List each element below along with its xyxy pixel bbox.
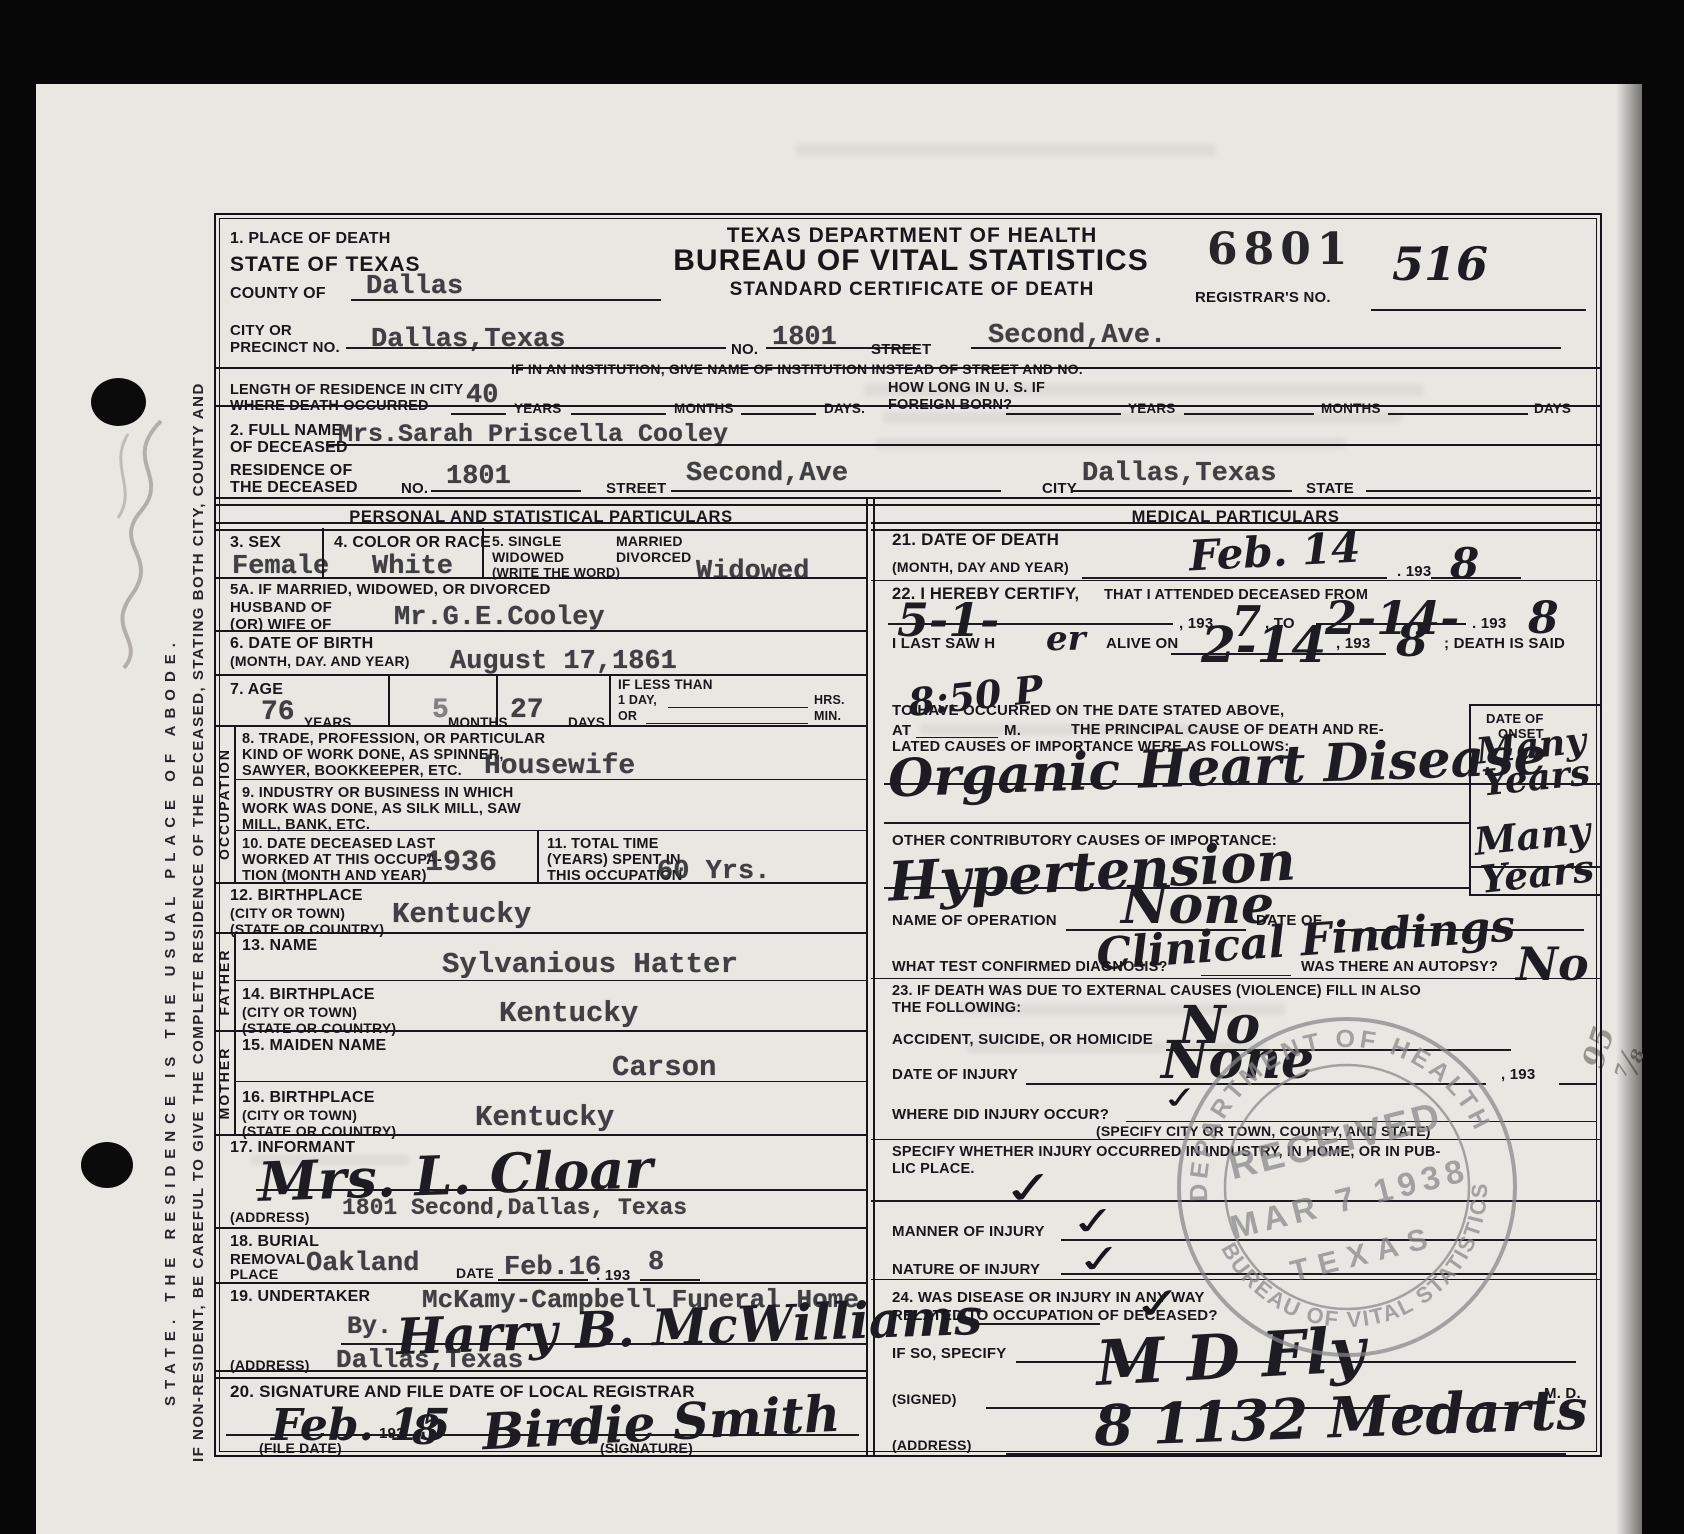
dob-label: 6. DATE OF BIRTH [230, 635, 373, 653]
maiden-name-value: Carson [612, 1051, 716, 1084]
physician-address-label: (ADDRESS) [892, 1437, 972, 1453]
external-causes-label2: THE FOLLOWING: [892, 1000, 1021, 1016]
rule [1072, 490, 1292, 492]
rule [971, 347, 1561, 349]
rule [388, 674, 390, 725]
rule [498, 1279, 588, 1281]
res-city-value: Dallas,Texas [1082, 459, 1276, 489]
county-label: COUNTY OF [230, 285, 326, 303]
rule [234, 932, 236, 1030]
sex-label: 3. SEX [230, 534, 281, 552]
certificate-form: 1. PLACE OF DEATH STATE OF TEXAS TEXAS D… [214, 213, 1602, 1457]
occupation-group-label: OCCUPATION [216, 724, 232, 884]
age-days-label: DAYS [568, 715, 605, 730]
rule [646, 723, 808, 724]
spouse-value: Mr.G.E.Cooley [394, 603, 605, 633]
rule [640, 1279, 700, 1281]
res-state-label: STATE [1306, 480, 1354, 497]
m-label: M. [1004, 722, 1021, 739]
file-date-caption: (FILE DATE) [259, 1440, 342, 1456]
specify-whether-label2: LIC PLACE. [892, 1161, 975, 1177]
rule [1559, 1083, 1597, 1085]
rule [351, 299, 661, 301]
file-year-value: 8 [412, 1407, 440, 1454]
father-bp-town-label: (CITY OR TOWN) [242, 1004, 357, 1020]
check-icon: ✓ [1072, 1235, 1128, 1283]
residence-label2: THE DECEASED [230, 479, 358, 497]
rule [1171, 653, 1386, 655]
birthplace-label: 12. BIRTHPLACE [230, 887, 363, 905]
us-months-label: MONTHS [1321, 401, 1381, 416]
margin-instruction: IF NON-RESIDENT, BE CAREFUL TO GIVE THE … [190, 382, 207, 1462]
field1-label: 1. PLACE OF DEATH [230, 230, 390, 248]
father-name-label: 13. NAME [242, 937, 317, 955]
stamp-state: TEXAS [1287, 1220, 1441, 1288]
burial-date-label: DATE [456, 1265, 494, 1281]
rule [609, 674, 611, 725]
no-label: NO. [731, 341, 758, 358]
rule [216, 725, 866, 727]
rule [216, 882, 866, 884]
rule [537, 830, 539, 882]
burial-place-value: Oakland [306, 1249, 419, 1279]
death-date-label: 21. DATE OF DEATH [892, 530, 1059, 550]
informant-address-label: (ADDRESS) [230, 1209, 310, 1225]
birthplace-town-label: (CITY OR TOWN) [230, 905, 345, 921]
oneday-label: 1 DAY, [618, 693, 657, 707]
father-name-value: Sylvanious Hatter [442, 948, 738, 981]
rule [1371, 309, 1586, 311]
rule [216, 522, 866, 531]
lastsaw-year-label: , 193 [1336, 635, 1370, 652]
injury-date-label: DATE OF INJURY [892, 1066, 1018, 1083]
rule [216, 367, 1600, 369]
rule [571, 413, 666, 415]
rule [216, 577, 866, 579]
res-no-value: 1801 [446, 462, 511, 492]
birthplace-country-label: (STATE OR COUNTRY) [230, 921, 384, 937]
lastworked-label2: WORKED AT THIS OCCUPA- [242, 852, 442, 868]
rule [1469, 866, 1600, 868]
us-days-label: DAYS [1534, 401, 1571, 416]
rule [1469, 783, 1600, 785]
rule [1082, 577, 1387, 579]
marital-widowed-label: WIDOWED [492, 549, 564, 565]
where-injury-label: WHERE DID INJURY OCCUR? [892, 1106, 1109, 1123]
birthplace-value: Kentucky [392, 898, 531, 931]
rule [888, 623, 1173, 625]
bleed-through [796, 144, 1216, 156]
lastsaw-label3: ; DEATH IS SAID [1444, 635, 1565, 652]
death-date-value: Feb. 14 [1188, 523, 1362, 581]
rule [1431, 577, 1521, 579]
rule [1388, 413, 1528, 415]
lastsaw-label1: I LAST SAW H [892, 635, 995, 652]
age-years-value: 76 [261, 697, 295, 728]
rule [236, 1081, 866, 1082]
check-icon: ✓ [997, 1161, 1062, 1217]
rule [671, 490, 1001, 492]
signature-caption: (SIGNATURE) [600, 1440, 693, 1456]
trade-label2: KIND OF WORK DONE, AS SPINNER, [242, 747, 504, 763]
rule [216, 932, 866, 934]
or-label: OR [618, 709, 637, 723]
totaltime-label1: 11. TOTAL TIME [547, 836, 659, 852]
rule [496, 674, 498, 725]
related-occupation-label2: RELATED TO OCCUPATION OF DECEASED? [892, 1307, 1218, 1324]
rule [216, 1370, 866, 1379]
rule [216, 497, 1600, 506]
test-label: WHAT TEST CONFIRMED DIAGNOSIS? [892, 959, 1168, 975]
rule [326, 444, 1600, 446]
undertaker-label: 19. UNDERTAKER [230, 1288, 370, 1306]
precinct-label: PRECINCT NO. [230, 339, 340, 356]
lastsaw-her: er [1046, 619, 1086, 659]
years-label: YEARS [514, 401, 562, 416]
margin-instruction: STATE. THE RESIDENCE IS THE USUAL PLACE … [162, 636, 179, 1406]
res-street-value: Second,Ave [686, 459, 848, 489]
marital-single-label: 5. SINGLE [492, 533, 561, 549]
county-value: Dallas [366, 272, 463, 302]
death-year-label: . 193 [1397, 563, 1431, 580]
certificate-number: 6801 [1207, 224, 1353, 275]
rule [1006, 1453, 1566, 1455]
rule [1366, 490, 1591, 492]
accident-label: ACCIDENT, SUICIDE, OR HOMICIDE [892, 1031, 1153, 1048]
hrs-label: HRS. [814, 693, 845, 707]
signed-label: (SIGNED) [892, 1391, 957, 1407]
rule [236, 830, 866, 831]
dob-sub-label: (MONTH, DAY. AND YEAR) [230, 653, 410, 669]
rule [346, 347, 726, 349]
age-months-label: MONTHS [448, 715, 508, 730]
at-label: AT [892, 722, 911, 739]
ifless-label: IF LESS THAN [618, 677, 713, 692]
rule [216, 1282, 866, 1284]
nature-injury-label: NATURE OF INJURY [892, 1261, 1040, 1278]
lastsaw-label2: ALIVE ON [1106, 635, 1178, 652]
street-label: STREET [871, 341, 931, 358]
res-no-label: NO. [401, 480, 428, 497]
burial-year-value: 8 [648, 1248, 664, 1278]
rule [668, 707, 808, 708]
maiden-name-label: 15. MAIDEN NAME [242, 1037, 386, 1055]
rule [236, 779, 866, 780]
manner-injury-label: MANNER OF INJURY [892, 1223, 1045, 1240]
lastsaw-year-value: 8 [1396, 613, 1428, 667]
dob-value: August 17,1861 [450, 647, 677, 677]
age-days-value: 27 [510, 695, 544, 726]
5a-label: 5A. IF MARRIED, WIDOWED, OR DIVORCED [230, 581, 551, 598]
rule [216, 674, 866, 676]
rule [234, 1030, 236, 1134]
lastworked-label1: 10. DATE DECEASED LAST [242, 836, 435, 852]
rule [970, 1323, 1100, 1325]
mother-bp-town-label: (CITY OR TOWN) [242, 1107, 357, 1123]
father-bp-country-label: (STATE OR COUNTRY) [242, 1020, 396, 1036]
us-years-label: YEARS [1128, 401, 1176, 416]
trade-value: Housewife [484, 751, 635, 782]
us-length-label: HOW LONG IN U. S. IF [888, 380, 1045, 396]
age-years-label: YEARS [304, 715, 352, 730]
rule [216, 405, 1600, 407]
mother-bp-label: 16. BIRTHPLACE [242, 1089, 375, 1107]
undertaker-by-label: By. [347, 1312, 392, 1341]
industry-label1: 9. INDUSTRY OR BUSINESS IN WHICH [242, 785, 513, 801]
rule [256, 1189, 866, 1191]
lastsaw-date-value: 2-14 [1201, 615, 1326, 674]
to-year-label: . 193 [1472, 615, 1506, 632]
ifso-specify-label: IF SO, SPECIFY [892, 1345, 1007, 1362]
months-label: MONTHS [674, 401, 734, 416]
rule [1184, 413, 1314, 415]
rule [226, 1434, 421, 1436]
rule [322, 528, 324, 577]
autopsy-value: No [1516, 937, 1589, 991]
operation-label: NAME OF OPERATION [892, 912, 1057, 929]
res-street-label: STREET [606, 480, 666, 497]
rule [884, 822, 1469, 824]
city-value: Dallas,Texas [371, 325, 565, 355]
trade-label3: SAWYER, BOOKKEEPER, ETC. [242, 763, 462, 779]
rule [431, 490, 581, 492]
death-date-sub-label: (MONTH, DAY AND YEAR) [892, 559, 1069, 575]
rule [1006, 413, 1121, 415]
certificate-paper: IF NON-RESIDENT, BE CAREFUL TO GIVE THE … [36, 84, 1642, 1534]
rule [216, 1134, 866, 1136]
father-bp-label: 14. BIRTHPLACE [242, 986, 375, 1004]
rule [871, 978, 1600, 979]
rule [234, 725, 236, 882]
marital-married-label: MARRIED [616, 533, 683, 549]
rule [216, 1030, 866, 1032]
res-city-label: CITY [1042, 480, 1077, 497]
rule [1316, 623, 1466, 625]
burial-place-label: PLACE [230, 1266, 278, 1282]
rule [216, 1227, 866, 1229]
registrar-no-value: 516 [1392, 237, 1488, 291]
rule [1201, 975, 1291, 976]
rule [451, 413, 506, 415]
father-bp-value: Kentucky [499, 997, 638, 1030]
father-group-label: FATHER [216, 932, 232, 1032]
rule [741, 413, 816, 415]
fullname-label2: OF DECEASED [230, 439, 348, 457]
fullname-label: 2. FULL NAME [230, 422, 342, 440]
rule [884, 783, 1469, 785]
industry-label2: WORK WAS DONE, AS SILK MILL, SAW [242, 801, 521, 817]
rule [216, 630, 866, 632]
marital-value: Widowed [696, 557, 809, 587]
hole-punch [81, 1142, 133, 1188]
days-label: DAYS. [824, 401, 865, 416]
trade-label1: 8. TRADE, PROFESSION, OR PARTICULAR [242, 731, 545, 747]
city-label: CITY OR [230, 322, 292, 339]
rule [236, 980, 866, 981]
mother-group-label: MOTHER [216, 1033, 232, 1133]
certificate-title: STANDARD CERTIFICATE OF DEATH [652, 279, 1172, 301]
rule [916, 737, 998, 738]
mother-bp-value: Kentucky [475, 1101, 614, 1134]
institution-note: IF IN AN INSTITUTION, GIVE NAME OF INSTI… [511, 361, 1083, 377]
residence-label: RESIDENCE OF [230, 462, 352, 480]
marital-divorced-label: DIVORCED [616, 549, 692, 565]
husband-label: HUSBAND OF [230, 599, 332, 616]
registrar-no-label: REGISTRAR'S NO. [1195, 289, 1331, 306]
mother-bp-country-label: (STATE OR COUNTRY) [242, 1123, 396, 1139]
rule [871, 580, 1600, 581]
residence-length-label: LENGTH OF RESIDENCE IN CITY [230, 382, 463, 398]
age-months-value: 5 [432, 695, 449, 726]
race-label: 4. COLOR OR RACE [334, 534, 491, 552]
lastworked-value: 1936 [425, 846, 497, 880]
informant-address-value: 1801 Second,Dallas, Texas [342, 1195, 687, 1221]
bureau-title: BUREAU OF VITAL STATISTICS [636, 244, 1186, 278]
rule [482, 528, 484, 577]
rule [441, 1434, 859, 1436]
min-label: MIN. [814, 709, 841, 723]
